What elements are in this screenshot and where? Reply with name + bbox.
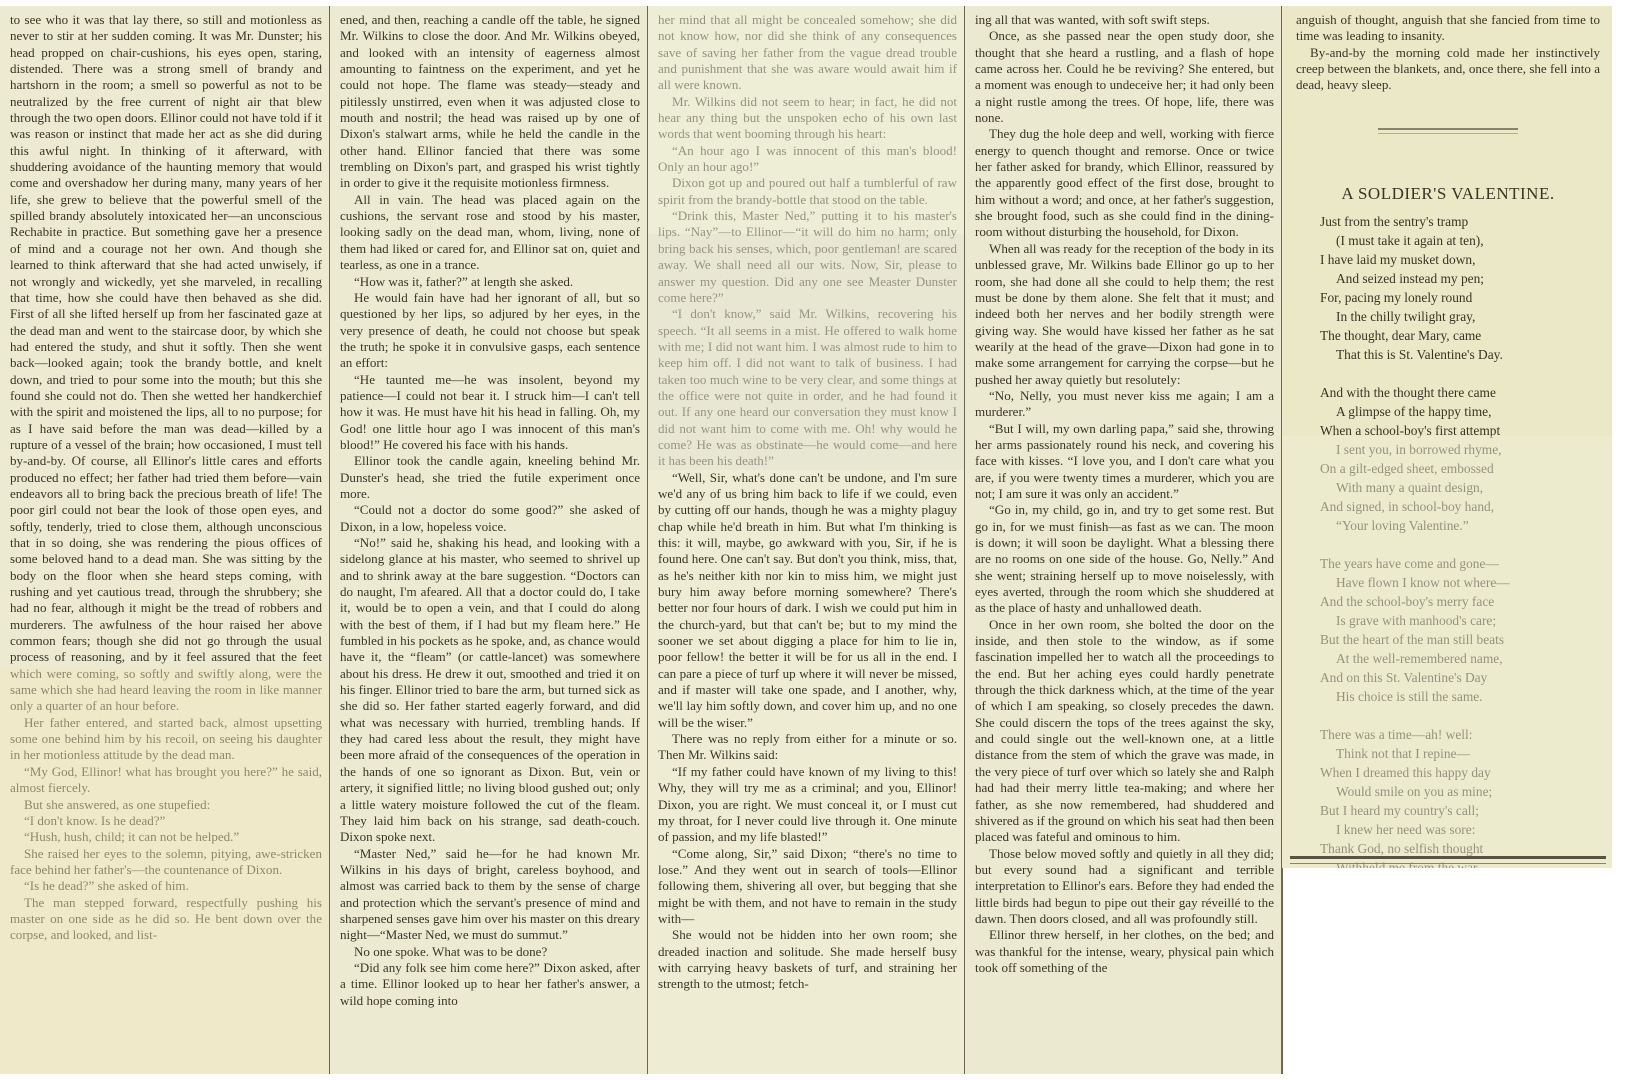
- story-column-3: her mind that all might be concealed som…: [648, 6, 965, 1074]
- poem-line: A glimpse of the happy time,: [1320, 402, 1600, 421]
- story-paragraph: The man stepped forward, respectfully pu…: [10, 895, 322, 944]
- story-paragraph: Mr. Wilkins did not seem to hear; in fac…: [658, 94, 957, 143]
- column-text: ing all that was wanted, with soft swift…: [975, 12, 1274, 976]
- story-paragraph: “Drink this, Master Ned,” putting it to …: [658, 208, 957, 306]
- poem-line: And with the thought there came: [1320, 383, 1600, 402]
- poem-line: That this is St. Valentine's Day.: [1320, 345, 1600, 364]
- poem-stanza: And with the thought there cameA glimpse…: [1320, 383, 1600, 535]
- poem-line: I have laid my musket down,: [1320, 250, 1600, 269]
- poem-line: (I must take it again at ten),: [1320, 231, 1600, 250]
- story-paragraph: “My God, Ellinor! what has brought you h…: [10, 764, 322, 797]
- story-paragraph: “Hush, hush, child; it can not be helped…: [10, 829, 322, 845]
- story-paragraph: “Go in, my child, go in, and try to get …: [975, 502, 1274, 616]
- poem-stanza: Just from the sentry's tramp(I must take…: [1320, 212, 1600, 364]
- story-paragraph: She raised her eyes to the solemn, pityi…: [10, 846, 322, 879]
- poem-line: When a school-boy's first attempt: [1320, 421, 1600, 440]
- poem-line: For, pacing my lonely round: [1320, 288, 1600, 307]
- story-paragraph: “How was it, father?” at length she aske…: [340, 274, 640, 290]
- story-paragraph: “Master Ned,” said he—for he had known M…: [340, 846, 640, 944]
- story-paragraph: Dixon got up and poured out half a tumbl…: [658, 175, 957, 208]
- poem-line: And seized instead my pen;: [1320, 269, 1600, 288]
- poem-line: And the school-boy's merry face: [1320, 592, 1600, 611]
- poem-line: But the heart of the man still beats: [1320, 630, 1600, 649]
- poem-line: But I heard my country's call;: [1320, 801, 1600, 820]
- column-text: ened, and then, reaching a candle off th…: [340, 12, 640, 1009]
- poem-line: The years have come and gone—: [1320, 554, 1600, 573]
- story-paragraph: There was no reply from either for a min…: [658, 731, 957, 764]
- poem-line: And signed, in school-boy hand,: [1320, 497, 1600, 516]
- poem-line: With many a quaint design,: [1320, 478, 1600, 497]
- story-paragraph: “But I will, my own darling papa,” said …: [975, 421, 1274, 503]
- story-paragraph: “No!” said he, shaking his head, and loo…: [340, 535, 640, 846]
- poem-stanza: There was a time—ah! well:Think not that…: [1320, 725, 1600, 868]
- poem-line: The thought, dear Mary, came: [1320, 326, 1600, 345]
- story-paragraph: But she answered, as one stupefied:: [10, 797, 322, 813]
- story-paragraph: “I don't know. Is he dead?”: [10, 813, 322, 829]
- story-paragraph: “Is he dead?” she asked of him.: [10, 878, 322, 894]
- story-paragraph: Once in her own room, she bolted the doo…: [975, 617, 1274, 846]
- story-paragraph: “Did any folk see him come here?” Dixon …: [340, 960, 640, 1009]
- poem-line: Think not that I repine—: [1320, 744, 1600, 763]
- story-paragraph: to see who it was that lay there, so sti…: [10, 12, 322, 715]
- column-text: anguish of thought, anguish that she fan…: [1296, 12, 1600, 94]
- story-paragraph: He would fain have had her ignorant of a…: [340, 290, 640, 372]
- story-paragraph: Once, as she passed near the open study …: [975, 28, 1274, 126]
- story-paragraph: anguish of thought, anguish that she fan…: [1296, 12, 1600, 45]
- poem-line: Is grave with manhood's care;: [1320, 611, 1600, 630]
- column-text: to see who it was that lay there, so sti…: [10, 12, 322, 944]
- story-paragraph: ened, and then, reaching a candle off th…: [340, 12, 640, 192]
- poem-line: “Your loving Valentine.”: [1320, 516, 1600, 535]
- section-divider-ornament: [1378, 128, 1518, 134]
- story-paragraph: “Come along, Sir,” said Dixon; “there's …: [658, 846, 957, 928]
- story-paragraph: When all was ready for the reception of …: [975, 241, 1274, 388]
- poem-line: On a gilt-edged sheet, embossed: [1320, 459, 1600, 478]
- story-paragraph: her mind that all might be concealed som…: [658, 12, 957, 94]
- poem-line: Would smile on you as mine;: [1320, 782, 1600, 801]
- poem-line: Just from the sentry's tramp: [1320, 212, 1600, 231]
- story-paragraph: By-and-by the morning cold made her inst…: [1296, 45, 1600, 94]
- poem-line: His choice is still the same.: [1320, 687, 1600, 706]
- story-paragraph: “He taunted me—he was insolent, beyond m…: [340, 372, 640, 454]
- story-paragraph: No one spoke. What was to be done?: [340, 944, 640, 960]
- poem-stanza: The years have come and gone—Have flown …: [1320, 554, 1600, 706]
- story-paragraph: All in vain. The head was placed again o…: [340, 192, 640, 274]
- story-paragraph: Her father entered, and started back, al…: [10, 715, 322, 764]
- story-paragraph: “An hour ago I was innocent of this man'…: [658, 143, 957, 176]
- story-column-1: to see who it was that lay there, so sti…: [0, 6, 330, 1074]
- story-paragraph: Those below moved softly and quietly in …: [975, 846, 1274, 928]
- bottom-rule: [1290, 856, 1606, 864]
- story-paragraph: She would not be hidden into her own roo…: [658, 927, 957, 992]
- story-paragraph: “I don't know,” said Mr. Wilkins, recove…: [658, 306, 957, 469]
- story-paragraph: “No, Nelly, you must never kiss me again…: [975, 388, 1274, 421]
- story-paragraph: “Could not a doctor do some good?” she a…: [340, 502, 640, 535]
- story-column-4: ing all that was wanted, with soft swift…: [965, 6, 1282, 1074]
- column-text: her mind that all might be concealed som…: [658, 12, 957, 993]
- story-paragraph: Ellinor threw herself, in her clothes, o…: [975, 927, 1274, 976]
- poem-line: In the chilly twilight gray,: [1320, 307, 1600, 326]
- poem-line: There was a time—ah! well:: [1320, 725, 1600, 744]
- newspaper-clipping: to see who it was that lay there, so sti…: [0, 6, 1612, 1074]
- story-paragraph: Ellinor took the candle again, kneeling …: [340, 453, 640, 502]
- story-column-2: ened, and then, reaching a candle off th…: [330, 6, 648, 1074]
- poem-line: At the well-remembered name,: [1320, 649, 1600, 668]
- poem-line: And on this St. Valentine's Day: [1320, 668, 1600, 687]
- poem-title: A SOLDIER'S VALENTINE.: [1296, 186, 1600, 202]
- poem-body: Just from the sentry's tramp(I must take…: [1296, 212, 1600, 868]
- poem-line: I knew her need was sore:: [1320, 820, 1600, 839]
- story-paragraph: “If my father could have known of my liv…: [658, 764, 957, 846]
- story-paragraph: They dug the hole deep and well, working…: [975, 126, 1274, 240]
- story-paragraph: ing all that was wanted, with soft swift…: [975, 12, 1274, 28]
- poem-line: When I dreamed this happy day: [1320, 763, 1600, 782]
- poem-column: anguish of thought, anguish that she fan…: [1282, 6, 1612, 868]
- poem-line: Have flown I know not where—: [1320, 573, 1600, 592]
- poem-line: I sent you, in borrowed rhyme,: [1320, 440, 1600, 459]
- story-paragraph: “Well, Sir, what's done can't be undone,…: [658, 470, 957, 732]
